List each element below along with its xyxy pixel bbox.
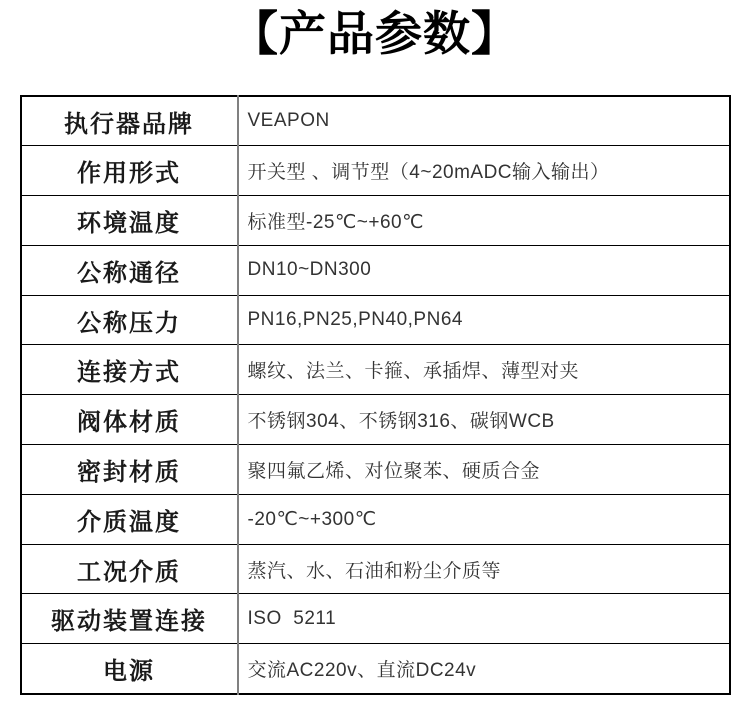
param-label: 公称压力 <box>21 295 238 345</box>
product-parameters-table: 执行器品牌 VEAPON 作用形式 开关型 、调节型（4~20mADC输入输出）… <box>20 95 731 695</box>
param-value: 标准型-25℃~+60℃ <box>238 196 730 246</box>
table-row: 密封材质 聚四氟乙烯、对位聚苯、硬质合金 <box>21 445 730 495</box>
param-label: 介质温度 <box>21 494 238 544</box>
param-value: 不锈钢304、不锈钢316、碳钢WCB <box>238 395 730 445</box>
table-row: 作用形式 开关型 、调节型（4~20mADC输入输出） <box>21 146 730 196</box>
product-parameters-body: 执行器品牌 VEAPON 作用形式 开关型 、调节型（4~20mADC输入输出）… <box>21 96 730 694</box>
param-label: 执行器品牌 <box>21 96 238 146</box>
param-value: PN16,PN25,PN40,PN64 <box>238 295 730 345</box>
param-label: 驱动装置连接 <box>21 594 238 644</box>
param-label: 密封材质 <box>21 445 238 495</box>
table-row: 介质温度 -20℃~+300℃ <box>21 494 730 544</box>
param-label: 作用形式 <box>21 146 238 196</box>
table-row: 环境温度 标准型-25℃~+60℃ <box>21 196 730 246</box>
param-value: -20℃~+300℃ <box>238 494 730 544</box>
table-row: 公称通径 DN10~DN300 <box>21 245 730 295</box>
param-label: 阀体材质 <box>21 395 238 445</box>
page-title: 【产品参数】 <box>0 4 750 64</box>
table-row: 驱动装置连接 ISO 5211 <box>21 594 730 644</box>
param-value: 蒸汽、水、石油和粉尘介质等 <box>238 544 730 594</box>
param-value: ISO 5211 <box>238 594 730 644</box>
param-value: DN10~DN300 <box>238 245 730 295</box>
param-value: 聚四氟乙烯、对位聚苯、硬质合金 <box>238 445 730 495</box>
param-value: 开关型 、调节型（4~20mADC输入输出） <box>238 146 730 196</box>
param-value: 螺纹、法兰、卡箍、承插焊、薄型对夹 <box>238 345 730 395</box>
table-row: 阀体材质 不锈钢304、不锈钢316、碳钢WCB <box>21 395 730 445</box>
param-value: 交流AC220v、直流DC24v <box>238 644 730 694</box>
table-row: 执行器品牌 VEAPON <box>21 96 730 146</box>
param-label: 工况介质 <box>21 544 238 594</box>
param-label: 电源 <box>21 644 238 694</box>
param-label: 连接方式 <box>21 345 238 395</box>
param-label: 环境温度 <box>21 196 238 246</box>
table-row: 工况介质 蒸汽、水、石油和粉尘介质等 <box>21 544 730 594</box>
table-row: 连接方式 螺纹、法兰、卡箍、承插焊、薄型对夹 <box>21 345 730 395</box>
table-row: 公称压力 PN16,PN25,PN40,PN64 <box>21 295 730 345</box>
param-label: 公称通径 <box>21 245 238 295</box>
param-value: VEAPON <box>238 96 730 146</box>
table-row: 电源 交流AC220v、直流DC24v <box>21 644 730 694</box>
